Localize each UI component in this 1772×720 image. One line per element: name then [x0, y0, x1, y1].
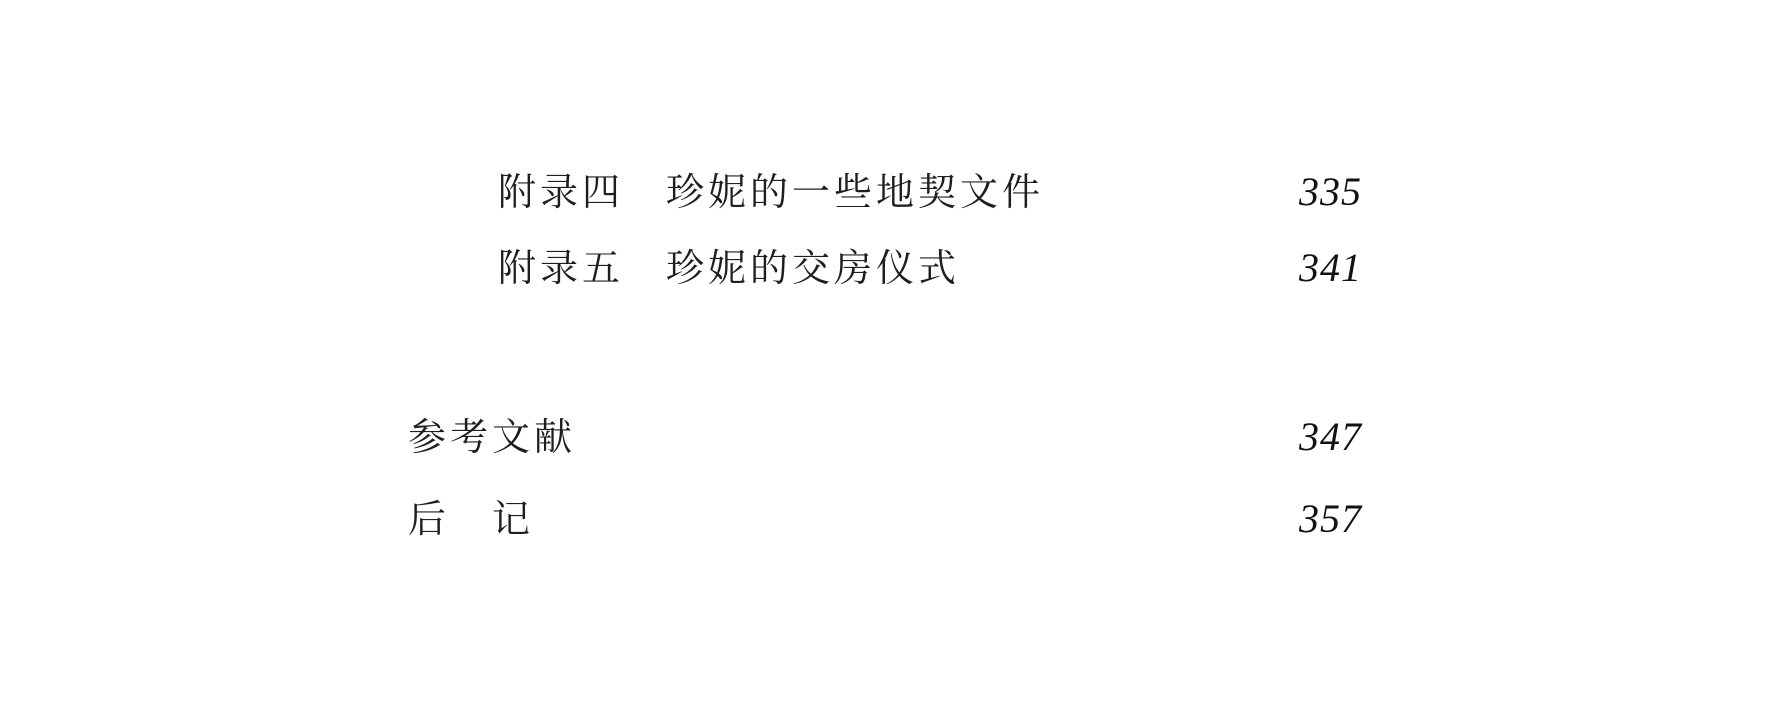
document-page: 附录四 珍妮的一些地契文件 335 附录五 珍妮的交房仪式 341 参考文献 3…: [0, 0, 1772, 720]
toc-entry: 参考文献 347: [408, 417, 1362, 457]
toc-entry: 附录四 珍妮的一些地契文件 335: [498, 172, 1362, 212]
toc-entry-page-number: 357: [1299, 499, 1362, 539]
toc-entry-page-number: 341: [1299, 248, 1362, 288]
toc-entry-title: 后 记: [408, 501, 534, 539]
toc-entry-title: 参考文献: [408, 419, 576, 457]
toc-entry: 附录五 珍妮的交房仪式 341: [498, 248, 1362, 288]
toc-entry-page-number: 335: [1299, 172, 1362, 212]
toc-entry: 后 记 357: [408, 499, 1362, 539]
toc-entry-page-number: 347: [1299, 417, 1362, 457]
toc-entry-title: 附录五 珍妮的交房仪式: [498, 250, 960, 288]
toc-entry-title: 附录四 珍妮的一些地契文件: [498, 174, 1044, 212]
